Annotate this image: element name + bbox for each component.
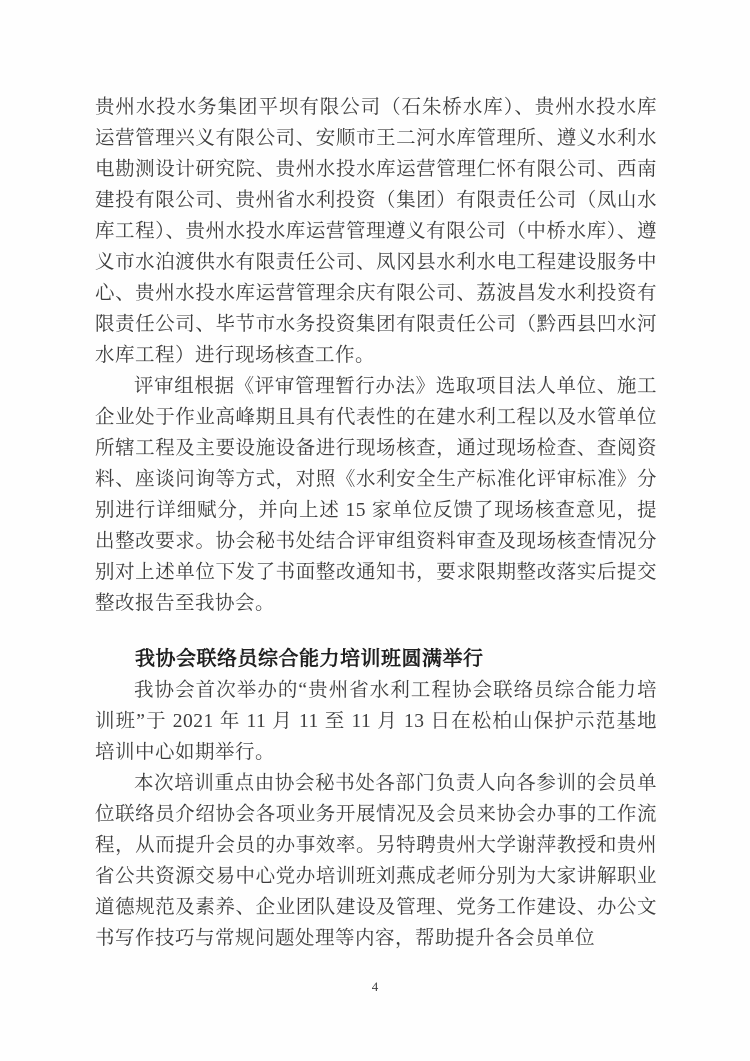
paragraph-review-process: 评审组根据《评审管理暂行办法》选取项目法人单位、施工企业处于作业高峰期且具有代表… (95, 371, 657, 619)
text-block: 贵州水投水务集团平坝有限公司（石朱桥水库）、贵州水投水库运营管理兴义有限公司、安… (95, 92, 657, 954)
page-number: 4 (0, 979, 750, 995)
document-page: 贵州水投水务集团平坝有限公司（石朱桥水库）、贵州水投水库运营管理兴义有限公司、安… (0, 0, 750, 1061)
paragraph-inspected-companies: 贵州水投水务集团平坝有限公司（石朱桥水库）、贵州水投水库运营管理兴义有限公司、安… (95, 92, 657, 371)
paragraph-training-opening: 我协会首次举办的“贵州省水利工程协会联络员综合能力培训班”于 2021 年 11… (95, 675, 657, 768)
section-heading-training: 我协会联络员综合能力培训班圆满举行 (95, 644, 657, 675)
paragraph-training-content: 本次培训重点由协会秘书处各部门负责人向各参训的会员单位联络员介绍协会各项业务开展… (95, 768, 657, 954)
